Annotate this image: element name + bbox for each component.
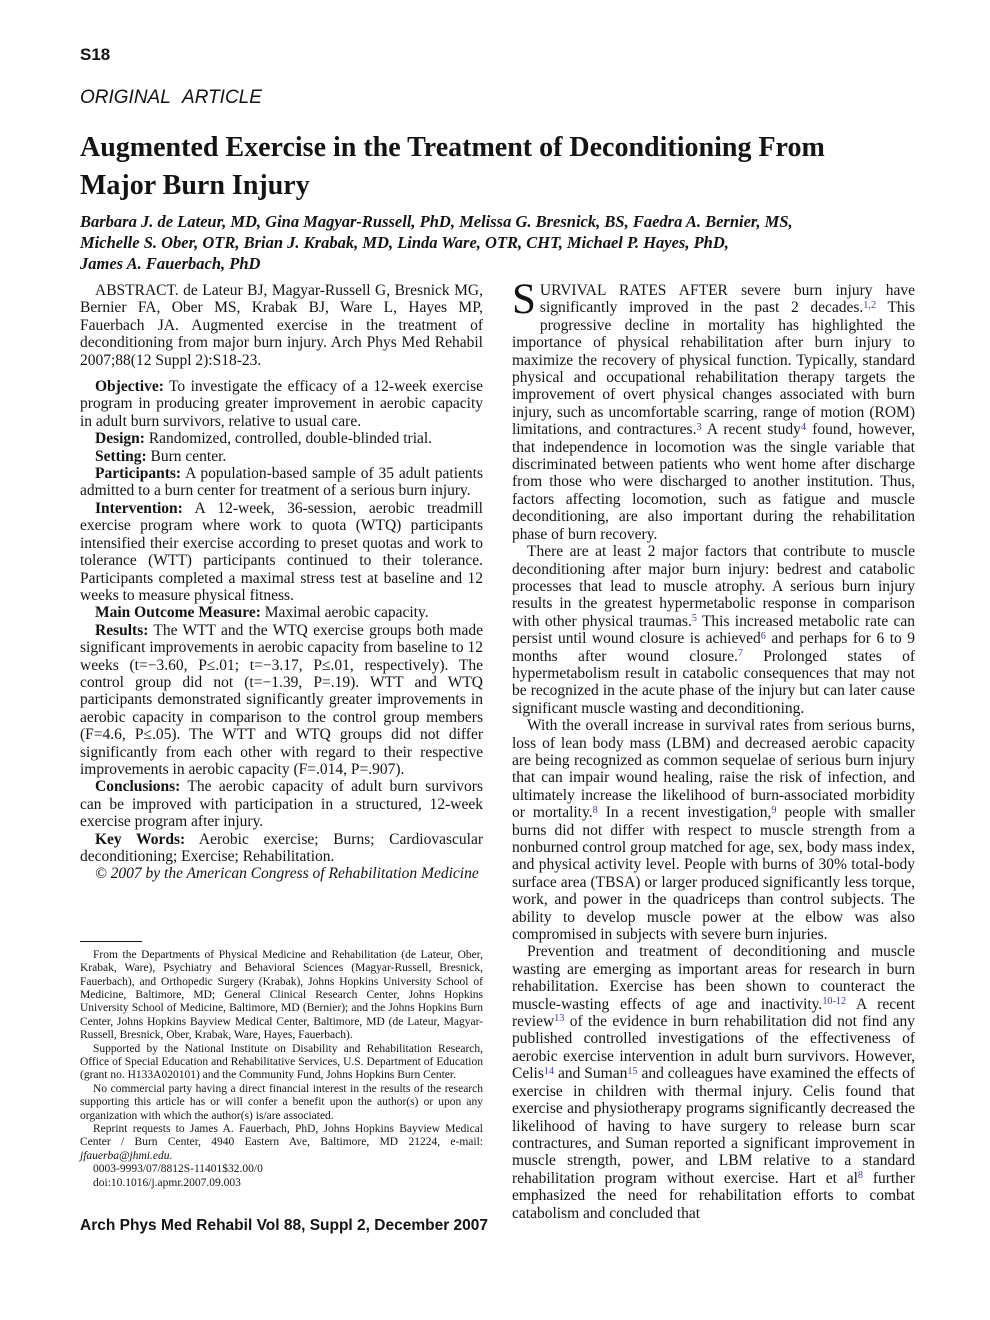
abstract-section-label: Setting:: [95, 448, 147, 465]
body-paragraph: SURVIVAL RATES AFTER severe burn injury …: [512, 282, 915, 543]
abstract-section: Setting: Burn center.: [80, 448, 483, 465]
reference-citation-link[interactable]: 4: [801, 422, 806, 433]
drop-cap: S: [512, 282, 540, 317]
article-title-line-2: Major Burn Injury: [80, 167, 915, 205]
authors-line-1: Barbara J. de Lateur, MD, Gina Magyar-Ru…: [80, 211, 915, 232]
abstract-sections: Objective: To investigate the efficacy o…: [80, 378, 483, 865]
body-paragraph: Prevention and treatment of deconditioni…: [512, 943, 915, 1222]
footnote: From the Departments of Physical Medicin…: [80, 949, 483, 1043]
reference-citation-link[interactable]: 3: [696, 422, 701, 433]
abstract-section: Objective: To investigate the efficacy o…: [80, 378, 483, 430]
section-label: ORIGINAL ARTICLE: [80, 87, 915, 109]
abstract-section: Conclusions: The aerobic capacity of adu…: [80, 778, 483, 830]
abstract-section: Intervention: A 12-week, 36-session, aer…: [80, 500, 483, 604]
reference-citation-link[interactable]: 8: [593, 805, 598, 816]
reference-citation-link[interactable]: 14: [544, 1066, 554, 1077]
article-title-line-1: Augmented Exercise in the Treatment of D…: [80, 129, 915, 167]
authors-block: Barbara J. de Lateur, MD, Gina Magyar-Ru…: [80, 211, 915, 274]
footnote: Reprint requests to James A. Fauerbach, …: [80, 1123, 483, 1163]
body-paragraph: With the overall increase in survival ra…: [512, 717, 915, 943]
two-column-body: ABSTRACT. de Lateur BJ, Magyar-Russell G…: [80, 282, 915, 1222]
journal-article-page: S18 ORIGINAL ARTICLE Augmented Exercise …: [0, 0, 990, 1320]
reference-citation-link[interactable]: 8: [858, 1170, 863, 1181]
abstract-section: Main Outcome Measure: Maximal aerobic ca…: [80, 604, 483, 621]
abstract-section-label: Main Outcome Measure:: [95, 604, 261, 621]
abstract-section-label: Objective:: [95, 378, 164, 395]
footnote: 0003-9993/07/8812S-11401$32.00/0: [80, 1163, 483, 1176]
reference-citation-link[interactable]: 7: [738, 648, 743, 659]
abstract-section-label: Conclusions:: [95, 778, 180, 795]
page-number: S18: [80, 46, 915, 63]
footnotes-list: From the Departments of Physical Medicin…: [80, 949, 483, 1190]
left-column: ABSTRACT. de Lateur BJ, Magyar-Russell G…: [80, 282, 483, 1190]
copyright-line: © 2007 by the American Congress of Rehab…: [80, 865, 483, 882]
reference-citation-link[interactable]: 10-12: [822, 996, 846, 1007]
body-paragraph: There are at least 2 major factors that …: [512, 543, 915, 717]
footnote-block: From the Departments of Physical Medicin…: [80, 941, 483, 1190]
reference-citation-link[interactable]: 6: [761, 631, 766, 642]
abstract-citation: ABSTRACT. de Lateur BJ, Magyar-Russell G…: [80, 282, 483, 369]
footnote: doi:10.1016/j.apmr.2007.09.003: [80, 1177, 483, 1190]
reference-citation-link[interactable]: 13: [554, 1013, 564, 1024]
reference-citation-link[interactable]: 15: [627, 1066, 637, 1077]
footnote: No commercial party having a direct fina…: [80, 1083, 483, 1123]
article-title: Augmented Exercise in the Treatment of D…: [80, 129, 915, 205]
journal-footer: Arch Phys Med Rehabil Vol 88, Suppl 2, D…: [80, 1217, 488, 1235]
abstract-section: Participants: A population-based sample …: [80, 465, 483, 500]
abstract-section-label: Design:: [95, 430, 145, 447]
abstract-section: Results: The WTT and the WTQ exercise gr…: [80, 622, 483, 779]
reference-citation-link[interactable]: 9: [771, 805, 776, 816]
authors-line-2: Michelle S. Ober, OTR, Brian J. Krabak, …: [80, 232, 915, 253]
body-column: SURVIVAL RATES AFTER severe burn injury …: [512, 282, 915, 1222]
abstract-section-label: Results:: [95, 622, 148, 639]
authors-line-3: James A. Fauerbach, PhD: [80, 253, 915, 274]
abstract-section: Design: Randomized, controlled, double-b…: [80, 430, 483, 447]
footnote-divider-rule: [80, 941, 142, 942]
abstract-section: Key Words: Aerobic exercise; Burns; Card…: [80, 831, 483, 866]
abstract-section-label: Intervention:: [95, 500, 183, 517]
abstract-section-label: Key Words:: [95, 831, 185, 848]
email-address: jfauerba@jhmi.edu: [80, 1150, 169, 1162]
footnote: Supported by the National Institute on D…: [80, 1043, 483, 1083]
reference-citation-link[interactable]: 1,2: [863, 300, 876, 311]
abstract-section-label: Participants:: [95, 465, 181, 482]
reference-citation-link[interactable]: 5: [692, 613, 697, 624]
